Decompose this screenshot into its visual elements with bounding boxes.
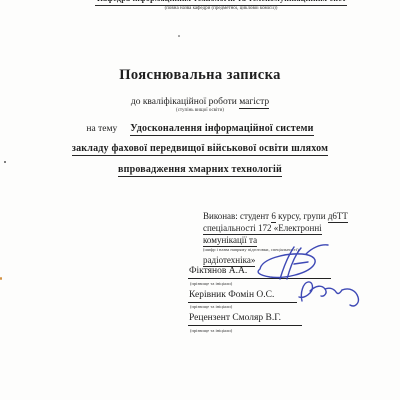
scan-speck: [178, 35, 180, 37]
degree-value: магістр: [239, 97, 269, 109]
speciality-line-1: спеціальності 172 «Електронні: [203, 222, 371, 234]
scan-speck: [0, 277, 2, 280]
subtitle-line: до кваліфікаційної роботи магістр: [0, 97, 400, 107]
executor-prefix: Виконав: студент: [203, 211, 271, 221]
degree-caption: (ступінь вищої освіти): [0, 108, 400, 113]
theme-block: на тему Удосконалення інформаційної сист…: [0, 121, 400, 177]
reviewer-line: Рецензент Смоляр В.Г.: [188, 313, 302, 326]
supervisor-line: Керівник Фомін О.С.: [188, 290, 297, 303]
theme-line-1: Удосконалення інформаційної системи: [130, 123, 313, 136]
department-name-text: Кафедра інформаційних технологій та теле…: [97, 0, 347, 3]
theme-line-2: закладу фахової передвищої військової ос…: [72, 143, 328, 156]
executor-line: Виконав: студент 6 курсу, групи д6ТТ: [203, 210, 371, 222]
supervisor-signature-ink: [294, 277, 380, 311]
theme-label: на тему: [86, 124, 117, 134]
executor-mid: курсу, групи: [276, 211, 328, 221]
reviewer-caption: (прізвище та ініціали): [190, 328, 331, 333]
scan-speck: [4, 161, 6, 163]
group-value: д6ТТ: [328, 211, 348, 223]
subtitle-prefix: до кваліфікаційної роботи: [131, 97, 239, 107]
theme-line-3: впровадження хмарних технологій: [118, 164, 282, 177]
document-title: Пояснювальна записка: [0, 67, 400, 84]
department-caption: (повна назва кафедри (предметної, циклов…: [95, 6, 347, 11]
scanned-document-page: Кафедра інформаційних технологій та теле…: [0, 0, 400, 400]
